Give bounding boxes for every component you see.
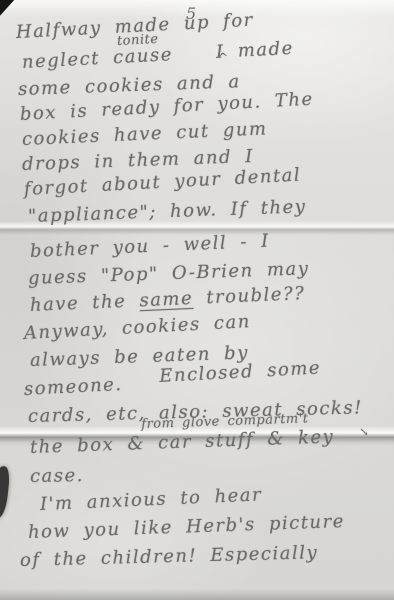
underlined-word: same — [139, 288, 194, 311]
letter-page: 5 Halfway made up for neglect cause toni… — [0, 0, 394, 600]
letter-line: case. — [30, 465, 84, 487]
letter-line: cookies have cut gum — [22, 118, 268, 150]
line-text: of the children! Especially — [20, 542, 319, 571]
letter-line: how you like Herb's picture — [28, 511, 346, 543]
letter-line: I'm anxious to hear — [40, 484, 263, 515]
letter-line: have the same trouble?? — [30, 283, 306, 316]
line-text: & key — [267, 426, 335, 449]
line-text: neglect cause — [21, 44, 173, 73]
line-text: bother you - well - I — [30, 231, 271, 262]
insertion-arrow-mark: ↘ — [359, 425, 370, 438]
line-text: have the — [30, 290, 140, 316]
line-text: cookies have cut gum — [22, 118, 268, 150]
line-text: someone. — [23, 374, 123, 400]
letter-line: the box & car stuff from glove compartm'… — [30, 425, 371, 458]
letter-line: of the children! Especially — [20, 542, 319, 571]
letter-line: Anyway, cookies can — [23, 311, 251, 344]
scan-corner-artifact — [0, 0, 16, 18]
line-text: Anyway, cookies can — [23, 311, 251, 344]
inserted-word: tonite — [117, 32, 159, 49]
letter-line: "appliance"; how. If they — [28, 196, 307, 227]
letter-line: neglect cause tonite ^ I made — [21, 38, 294, 73]
letter-line: bother you - well - I — [30, 231, 271, 262]
line-text: I'm anxious to hear — [40, 484, 263, 515]
line-text: the box & car stuff — [30, 429, 255, 458]
page-edge-shadow — [0, 589, 394, 600]
line-text: case. — [30, 465, 84, 487]
line-text: how you like Herb's picture — [28, 511, 346, 543]
line-text: "appliance"; how. If they — [28, 196, 307, 227]
line-text: trouble?? — [193, 283, 306, 309]
scan-edge-artifact — [0, 465, 11, 518]
caret-mark: ^ — [218, 50, 230, 65]
